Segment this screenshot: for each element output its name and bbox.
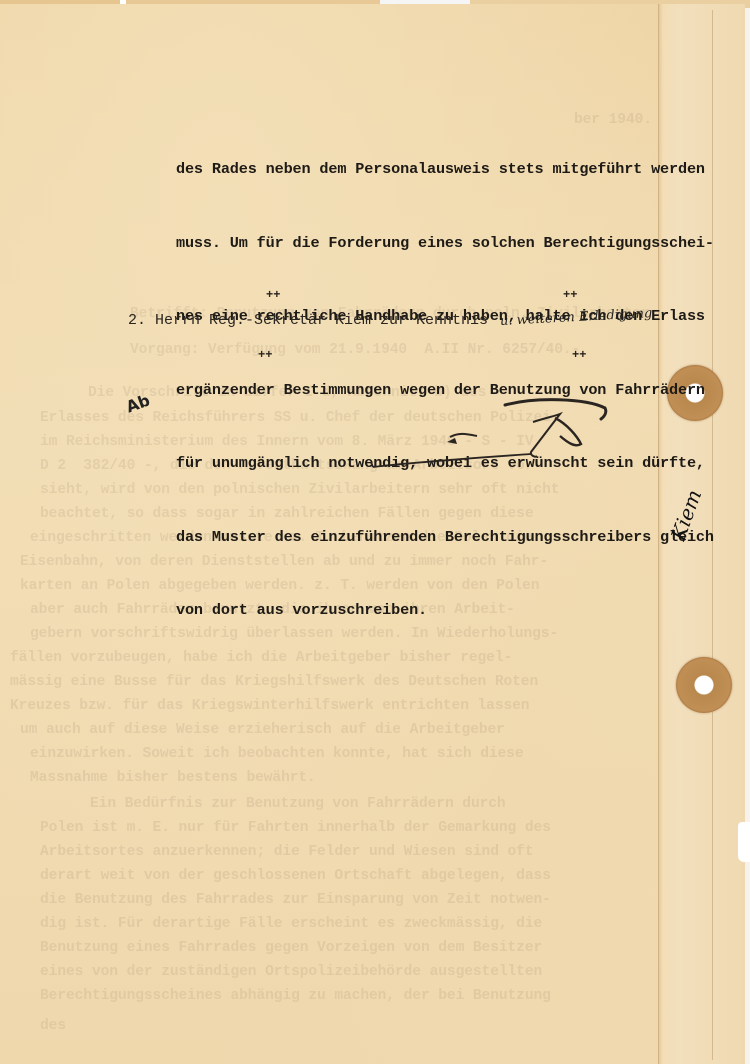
- paragraph-line: von dort aus vorzuschreiben.: [176, 598, 750, 623]
- paragraph-line: das Muster des einzuführenden Berechtigu…: [176, 525, 750, 550]
- punch-hole-reinforcement-icon: [676, 657, 732, 713]
- separator-mark: ++: [258, 348, 272, 362]
- paragraph-line: des Rades neben dem Personalausweis stet…: [176, 157, 750, 182]
- paragraph-line: muss. Um für die Forderung eines solchen…: [176, 231, 750, 256]
- typed-paragraph: des Rades neben dem Personalausweis stet…: [176, 108, 750, 647]
- separator-mark: ++: [563, 288, 577, 302]
- separator-mark: ++: [572, 348, 586, 362]
- page-tear: [738, 822, 750, 862]
- separator-mark: ++: [266, 288, 280, 302]
- item-2-typed: 2. Herrn Reg.-Sekretär Kiem zur Kenntnis: [128, 312, 488, 329]
- signature-icon: [355, 392, 615, 472]
